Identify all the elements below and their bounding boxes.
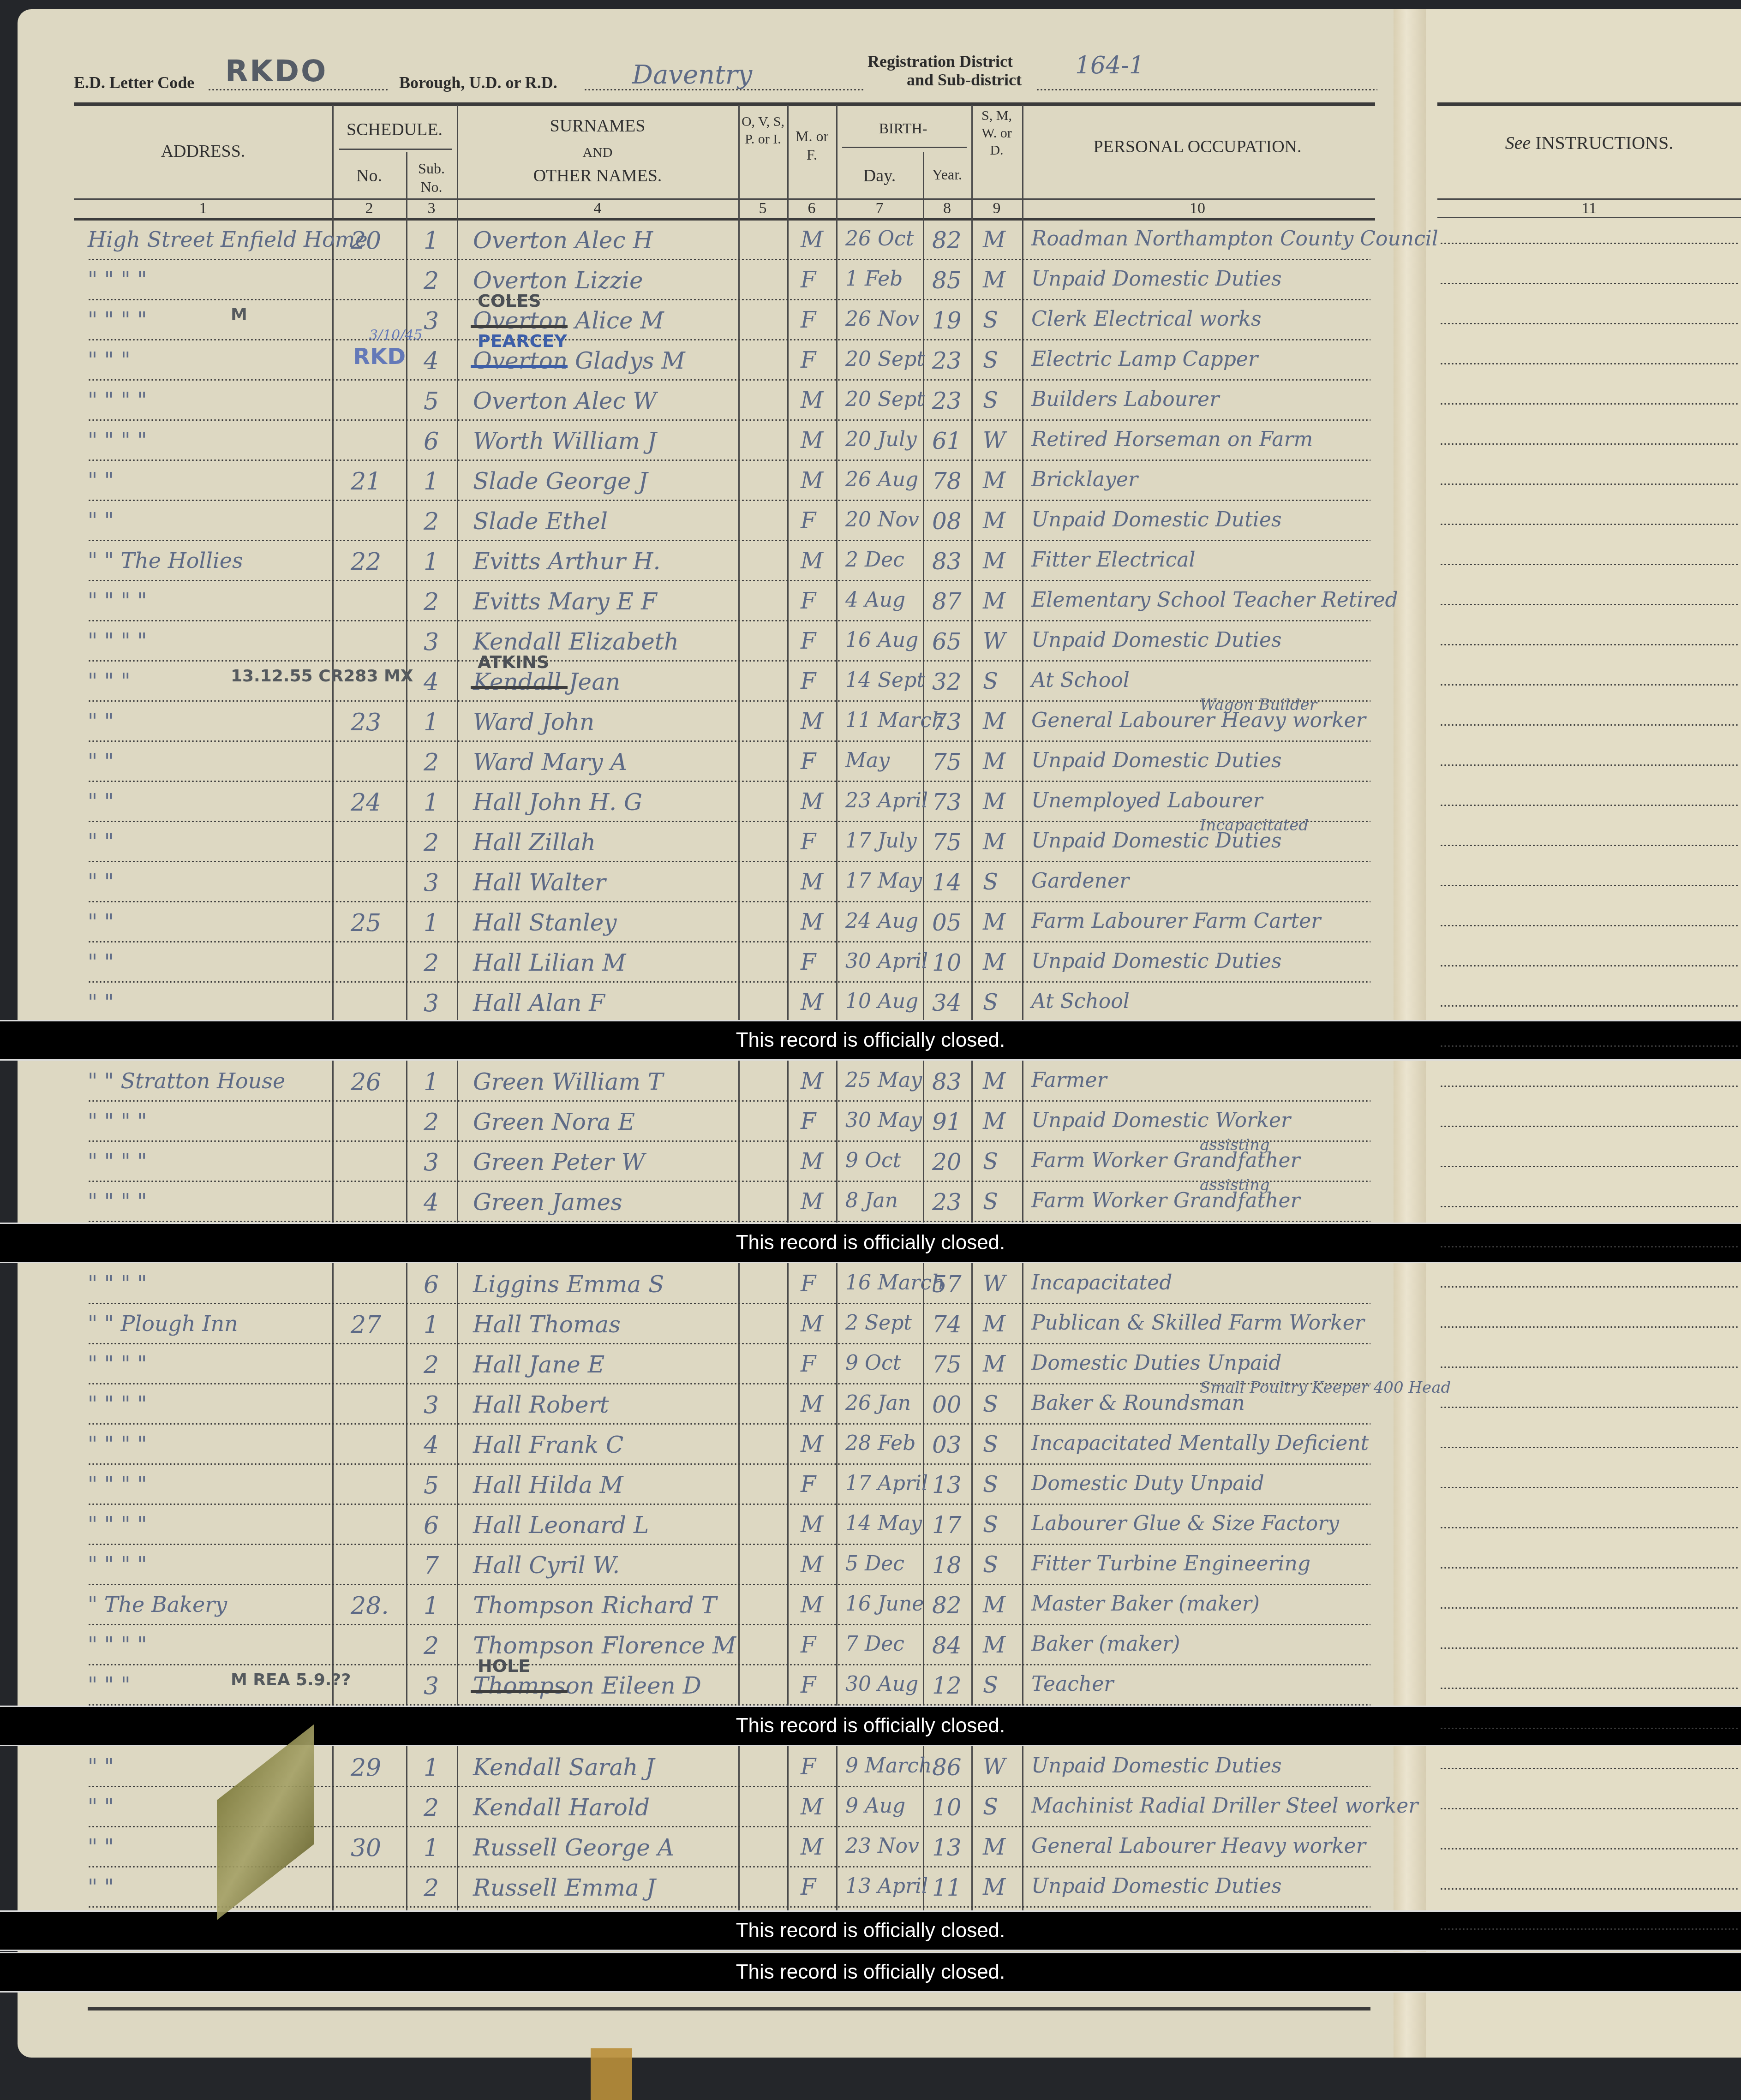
cell-address: " " " " xyxy=(88,388,147,412)
cell-day: 7 Dec xyxy=(845,1632,904,1656)
cell-marital: M xyxy=(983,588,1005,614)
instructions-line xyxy=(1440,764,1740,766)
cell-marital: S xyxy=(983,1149,998,1175)
cell-marital: M xyxy=(983,1068,1005,1094)
ed-letter-code-value: RKDO xyxy=(225,54,328,89)
cell-address: " " " " xyxy=(88,428,147,453)
cell-day: 1 Feb xyxy=(845,267,903,291)
col-number-11: 11 xyxy=(1437,200,1741,217)
cell-occupation: Unpaid Domestic Worker xyxy=(1031,1109,1291,1132)
address-annotation: M xyxy=(231,305,247,324)
table-row: " " " "5Hall Hilda MF17 April13SDomestic… xyxy=(0,1465,1384,1505)
cell-year: 12 xyxy=(932,1672,962,1699)
table-row: " " " "2Green Nora EF30 May91MUnpaid Dom… xyxy=(0,1102,1384,1142)
instructions-line xyxy=(1440,1527,1740,1529)
cell-sub: 3 xyxy=(424,869,439,897)
cell-sub: 1 xyxy=(424,548,439,576)
cell-sub: 1 xyxy=(424,1311,439,1339)
instructions-line xyxy=(1440,724,1740,726)
cell-schedule: 30 xyxy=(351,1834,381,1862)
cell-year: 57 xyxy=(932,1271,962,1298)
surname-correction-stamp: HOLE xyxy=(478,1656,530,1676)
instructions-line xyxy=(1440,322,1740,325)
cell-address: " " " " xyxy=(88,628,147,653)
borough-underline xyxy=(584,89,865,91)
cell-occupation: Incapacitated Mentally Deficient xyxy=(1031,1432,1369,1455)
cell-address: " " " " xyxy=(88,1552,147,1577)
cell-name: Overton Alice M xyxy=(473,307,664,334)
cell-year: 84 xyxy=(932,1632,962,1659)
instructions-line xyxy=(1440,483,1740,485)
table-row: " "3Hall Alan FM10 Aug34SAt School xyxy=(0,983,1384,1023)
cell-sex: M xyxy=(801,1068,823,1094)
birth-subrule xyxy=(842,147,967,148)
cell-year: 75 xyxy=(932,1351,962,1378)
table-row: " " " "2Evitts Mary E FF4 Aug87MElementa… xyxy=(0,582,1384,622)
cell-marital: M xyxy=(983,829,1005,855)
table-row: " " " "2Thompson Florence MF7 Dec84MBake… xyxy=(0,1626,1384,1666)
table-row: " "241Hall John H. GM23 April73MUnemploy… xyxy=(0,782,1384,823)
col-number-8: 8 xyxy=(923,200,971,217)
strikethrough-mark xyxy=(471,1690,568,1693)
cell-address: " " xyxy=(88,869,114,894)
instructions-line xyxy=(1440,1446,1740,1449)
cell-address: " " xyxy=(88,468,114,493)
cell-occupation: Builders Labourer xyxy=(1031,388,1219,411)
col-header-marital: S, M, W. or D. xyxy=(974,107,1020,159)
table-row: High Street Enfield Home201Overton Alec … xyxy=(0,221,1384,261)
cell-sex: F xyxy=(801,508,816,534)
cell-year: 32 xyxy=(932,668,962,695)
cell-occupation: Unemployed Labourer xyxy=(1031,789,1263,812)
cell-day: 2 Sept xyxy=(845,1311,912,1335)
col-header-sex: M. or F. xyxy=(790,127,834,164)
cell-sex: F xyxy=(801,1109,816,1134)
col-header-instructions: See INSTRUCTIONS. xyxy=(1437,131,1741,155)
cell-address: " " xyxy=(88,949,114,974)
col-number-2: 2 xyxy=(332,200,406,217)
col-header-schedule: SCHEDULE. xyxy=(332,119,457,141)
instructions-line xyxy=(1440,844,1740,847)
instructions-line xyxy=(1440,1888,1740,1890)
occupation-annotation: assisting xyxy=(1200,1176,1270,1194)
cell-occupation: Baker (maker) xyxy=(1031,1632,1180,1656)
cell-schedule: 23 xyxy=(351,709,381,736)
table-row: " " Plough Inn271Hall ThomasM2 Sept74MPu… xyxy=(0,1305,1384,1345)
cell-sex: M xyxy=(801,1149,823,1175)
col-header-schedule-sub: Sub. No. xyxy=(408,159,455,196)
cell-address: " The Bakery xyxy=(88,1592,227,1617)
instructions-line xyxy=(1440,684,1740,686)
header-top-rule-right xyxy=(1437,102,1741,106)
cell-occupation: Unpaid Domestic Duties xyxy=(1031,267,1282,291)
cell-address: " " xyxy=(88,990,114,1014)
cell-occupation: Fitter Turbine Engineering xyxy=(1031,1552,1310,1575)
table-row: " " The Hollies221Evitts Arthur H.M2 Dec… xyxy=(0,542,1384,582)
cell-address: " " xyxy=(88,508,114,533)
date-annotation: 3/10/45 xyxy=(369,327,423,343)
table-row: " The Bakery28.1Thompson Richard TM16 Ju… xyxy=(0,1586,1384,1626)
cell-occupation: Fitter Electrical xyxy=(1031,548,1196,572)
cell-marital: S xyxy=(983,668,998,694)
cell-day: 11 March xyxy=(845,709,945,732)
cell-name: Green William T xyxy=(473,1068,663,1095)
cell-address: " " " " xyxy=(88,1632,147,1657)
cell-marital: S xyxy=(983,869,998,895)
cell-sex: F xyxy=(801,1672,816,1698)
cell-day: 16 March xyxy=(845,1271,945,1295)
instructions-line xyxy=(1440,1767,1740,1770)
table-row: " "2Slade EthelF20 Nov08MUnpaid Domestic… xyxy=(0,501,1384,542)
cell-occupation: At School xyxy=(1031,990,1130,1013)
col-header-address: ADDRESS. xyxy=(74,141,332,163)
cell-occupation: General Labourer Heavy worker xyxy=(1031,1834,1366,1858)
cell-sub: 6 xyxy=(424,428,439,455)
cell-day: 26 Aug xyxy=(845,468,918,491)
cell-sub: 2 xyxy=(424,1109,439,1136)
cell-name: Hall Robert xyxy=(473,1391,609,1418)
cell-year: 73 xyxy=(932,709,962,735)
cell-marital: M xyxy=(983,1351,1005,1377)
cell-sub: 2 xyxy=(424,1794,439,1822)
instructions-line xyxy=(1440,1647,1740,1649)
registration-district-value: 164-1 xyxy=(1075,52,1144,79)
cell-day: 17 July xyxy=(845,829,917,853)
ed-letter-code-label: E.D. Letter Code xyxy=(74,73,194,92)
occupation-annotation: Incapacitated xyxy=(1200,816,1309,835)
table-row: " "2Kendall HaroldM9 Aug10SMachinist Rad… xyxy=(0,1788,1384,1828)
table-row: " "2Hall ZillahF17 July75MUnpaid Domesti… xyxy=(0,823,1384,863)
cell-name: Thompson Eileen D xyxy=(473,1672,701,1699)
cell-marital: M xyxy=(983,468,1005,494)
cell-sub: 2 xyxy=(424,1632,439,1660)
cell-sex: F xyxy=(801,949,816,975)
instructions-line xyxy=(1440,1286,1740,1288)
cell-sex: F xyxy=(801,1271,816,1297)
table-row: " "2Hall Lilian MF30 April10MUnpaid Dome… xyxy=(0,943,1384,983)
borough-value: Daventry xyxy=(632,60,752,90)
cell-day: 30 May xyxy=(845,1109,922,1132)
cell-year: 83 xyxy=(932,548,962,575)
cell-name: Hall Stanley xyxy=(473,909,616,936)
cell-sub: 1 xyxy=(424,468,439,495)
cell-marital: W xyxy=(983,1754,1005,1780)
cell-sex: F xyxy=(801,347,816,373)
instructions-line xyxy=(1440,1727,1740,1730)
cell-day: 13 April xyxy=(845,1874,928,1898)
table-row: " " "4Kendall JeanF14 Sept32SAt SchoolAT… xyxy=(0,662,1384,702)
cell-year: 65 xyxy=(932,628,962,655)
cell-day: 9 Oct xyxy=(845,1351,901,1375)
address-annotation: 13.12.55 CR283 MX xyxy=(231,667,413,686)
table-row: " " " "4Hall Frank CM28 Feb03SIncapacita… xyxy=(0,1425,1384,1465)
cell-address: " " " " xyxy=(88,1351,147,1376)
header-top-rule xyxy=(74,102,1375,106)
cell-marital: M xyxy=(983,1592,1005,1618)
redaction-bar: This record is officially closed. xyxy=(0,1020,1741,1061)
cell-schedule: 25 xyxy=(351,909,381,937)
cell-occupation: At School xyxy=(1031,668,1130,692)
footer-rule xyxy=(88,2007,1370,2011)
instructions-line xyxy=(1440,443,1740,445)
cell-occupation: Machinist Radial Driller Steel worker xyxy=(1031,1794,1418,1818)
cell-sex: M xyxy=(801,1834,823,1860)
cell-marital: M xyxy=(983,548,1005,574)
cell-schedule: 28. xyxy=(351,1592,389,1620)
cell-day: 14 May xyxy=(845,1512,922,1535)
cell-year: 75 xyxy=(932,749,962,776)
cell-marital: W xyxy=(983,428,1005,453)
cell-name: Worth William J xyxy=(473,428,657,454)
cell-marital: S xyxy=(983,1512,998,1538)
cell-marital: M xyxy=(983,1311,1005,1337)
cell-schedule: 29 xyxy=(351,1754,381,1782)
cell-year: 82 xyxy=(932,1592,962,1619)
cell-sex: M xyxy=(801,869,823,895)
cell-sex: F xyxy=(801,829,816,855)
cell-sub: 4 xyxy=(424,1189,439,1217)
cell-sub: 1 xyxy=(424,709,439,736)
cell-year: 11 xyxy=(932,1874,962,1901)
cell-year: 73 xyxy=(932,789,962,816)
cell-occupation: Teacher xyxy=(1031,1672,1113,1696)
cell-sex: M xyxy=(801,388,823,413)
borough-label: Borough, U.D. or R.D. xyxy=(399,73,557,92)
ed-letter-code-underline xyxy=(208,89,388,91)
cell-schedule: 20 xyxy=(351,227,381,255)
cell-day: 17 May xyxy=(845,869,922,893)
cell-sub: 3 xyxy=(424,1391,439,1419)
cell-marital: M xyxy=(983,508,1005,534)
table-row: " "301Russell George AM23 Nov13MGeneral … xyxy=(0,1828,1384,1868)
cell-name: Kendall Sarah J xyxy=(473,1754,654,1781)
cell-marital: S xyxy=(983,347,998,373)
table-row: " " " "4Green JamesM8 Jan23SFarm Worker … xyxy=(0,1182,1384,1223)
cell-day: 17 April xyxy=(845,1472,928,1495)
instructions-line xyxy=(1440,884,1740,887)
cell-name: Hall Alan F xyxy=(473,990,605,1016)
instructions-line xyxy=(1440,363,1740,365)
instructions-line xyxy=(1440,1005,1740,1007)
cell-address: " " xyxy=(88,709,114,734)
cell-name: Ward Mary A xyxy=(473,749,627,776)
cell-year: 23 xyxy=(932,347,962,374)
cell-marital: M xyxy=(983,1632,1005,1658)
cell-occupation: Unpaid Domestic Duties xyxy=(1031,628,1282,652)
cell-address: " " xyxy=(88,789,114,814)
col-header-other-names: OTHER NAMES. xyxy=(457,165,738,187)
strikethrough-mark xyxy=(471,365,568,368)
cell-marital: M xyxy=(983,1834,1005,1860)
cell-day: 26 Jan xyxy=(845,1391,911,1415)
cell-sub: 2 xyxy=(424,1874,439,1902)
schedule-annotation: RKD xyxy=(353,344,406,370)
cell-occupation: Labourer Glue & Size Factory xyxy=(1031,1512,1339,1535)
cell-day: 10 Aug xyxy=(845,990,918,1013)
cell-sub: 2 xyxy=(424,949,439,977)
instructions-line xyxy=(1440,1246,1740,1248)
schedule-subrule xyxy=(339,149,452,150)
cell-marital: S xyxy=(983,1794,998,1820)
cell-day: 9 Oct xyxy=(845,1149,901,1172)
instructions-line xyxy=(1440,1366,1740,1368)
cell-year: 87 xyxy=(932,588,962,615)
cell-name: Kendall Elizabeth xyxy=(473,628,679,655)
cell-address: " " " " xyxy=(88,1149,147,1174)
instructions-line xyxy=(1440,644,1740,646)
cell-address: " " " " xyxy=(88,307,147,332)
cell-sub: 1 xyxy=(424,227,439,255)
instructions-line xyxy=(1440,603,1740,606)
cell-day: 25 May xyxy=(845,1068,922,1092)
cell-sub: 5 xyxy=(424,1472,439,1499)
instructions-line xyxy=(1440,1567,1740,1569)
tape-strip-bottom xyxy=(591,2048,632,2100)
cell-sex: M xyxy=(801,468,823,494)
col-number-9: 9 xyxy=(971,200,1022,217)
cell-name: Evitts Mary E F xyxy=(473,588,657,615)
cell-sex: F xyxy=(801,307,816,333)
cell-sex: M xyxy=(801,428,823,453)
cell-sex: M xyxy=(801,990,823,1015)
cell-sub: 2 xyxy=(424,267,439,295)
strikethrough-mark xyxy=(471,325,568,328)
cell-day: 9 Aug xyxy=(845,1794,905,1818)
cell-marital: S xyxy=(983,1432,998,1457)
cell-name: Hall Jane E xyxy=(473,1351,604,1378)
cell-sex: F xyxy=(801,588,816,614)
cell-name: Overton Lizzie xyxy=(473,267,643,294)
cell-day: 20 Sept xyxy=(845,347,925,371)
cell-address: " " " " xyxy=(88,267,147,292)
cell-year: 85 xyxy=(932,267,962,294)
cell-marital: M xyxy=(983,709,1005,734)
cell-address: " " xyxy=(88,1754,114,1779)
redaction-bar: This record is officially closed. xyxy=(0,1952,1741,1993)
instructions-line xyxy=(1440,1607,1740,1609)
cell-name: Russell Emma J xyxy=(473,1874,656,1901)
cell-sub: 5 xyxy=(424,388,439,415)
cell-marital: S xyxy=(983,1391,998,1417)
cell-sex: F xyxy=(801,628,816,654)
occupation-annotation: Small Poultry Keeper 400 Head xyxy=(1200,1378,1451,1397)
cell-address: " " xyxy=(88,1874,114,1899)
cell-occupation: Retired Horseman on Farm xyxy=(1031,428,1313,451)
cell-occupation: Unpaid Domestic Duties xyxy=(1031,1874,1282,1898)
cell-day: 26 Nov xyxy=(845,307,919,331)
cell-occupation: Unpaid Domestic Duties xyxy=(1031,1754,1282,1778)
cell-sub: 2 xyxy=(424,508,439,536)
surname-correction-stamp: ATKINS xyxy=(478,652,549,672)
cell-name: Kendall Harold xyxy=(473,1794,650,1821)
col-header-surnames: SURNAMES xyxy=(457,115,738,137)
cell-sub: 2 xyxy=(424,588,439,616)
cell-sex: M xyxy=(801,1794,823,1820)
cell-sex: M xyxy=(801,227,823,253)
cell-marital: S xyxy=(983,990,998,1015)
col-header-birth: BIRTH- xyxy=(836,119,970,137)
cell-occupation: Incapacitated xyxy=(1031,1271,1173,1295)
cell-day: 20 Nov xyxy=(845,508,919,531)
cell-marital: M xyxy=(983,949,1005,975)
cell-name: Green James xyxy=(473,1189,622,1216)
cell-occupation: Clerk Electrical works xyxy=(1031,307,1261,331)
cell-year: 18 xyxy=(932,1552,962,1579)
cell-address: " " " " xyxy=(88,1109,147,1134)
cell-address: " " " xyxy=(88,1672,131,1697)
cell-sex: F xyxy=(801,1472,816,1497)
cell-occupation: Publican & Skilled Farm Worker xyxy=(1031,1311,1364,1335)
cell-year: 03 xyxy=(932,1432,962,1458)
table-row: " " " "7Hall Cyril W.M5 Dec18SFitter Tur… xyxy=(0,1545,1384,1586)
cell-sex: M xyxy=(801,1552,823,1578)
cell-sex: M xyxy=(801,1311,823,1337)
cell-schedule: 27 xyxy=(351,1311,381,1339)
table-row: " " " "5Overton Alec WM20 Sept23SBuilder… xyxy=(0,381,1384,421)
cell-day: 8 Jan xyxy=(845,1189,898,1212)
instructions-text: INSTRUCTIONS. xyxy=(1535,132,1673,153)
registration-label-line1: Registration District xyxy=(868,52,1013,71)
col-header-birth-year: Year. xyxy=(923,165,971,184)
cell-year: 23 xyxy=(932,1189,962,1216)
col-number-10: 10 xyxy=(1022,200,1373,217)
cell-name: Hall Thomas xyxy=(473,1311,621,1338)
cell-name: Evitts Arthur H. xyxy=(473,548,660,575)
col-number-4: 4 xyxy=(457,200,738,217)
cell-sub: 3 xyxy=(424,628,439,656)
col-number-5: 5 xyxy=(738,200,787,217)
cell-occupation: Roadman Northampton County Council xyxy=(1031,227,1438,251)
col-header-birth-day: Day. xyxy=(836,165,923,187)
cell-sex: M xyxy=(801,909,823,935)
cell-sub: 1 xyxy=(424,1834,439,1862)
cell-marital: W xyxy=(983,628,1005,654)
cell-name: Ward John xyxy=(473,709,594,735)
cell-sex: F xyxy=(801,749,816,775)
cell-sex: F xyxy=(801,1754,816,1780)
table-row: " "211Slade George JM26 Aug78MBricklayer xyxy=(0,461,1384,501)
cell-marital: S xyxy=(983,1472,998,1497)
cell-sex: M xyxy=(801,1512,823,1538)
redaction-bar: This record is officially closed. xyxy=(0,1910,1741,1951)
cell-sub: 4 xyxy=(424,668,439,696)
col-number-6: 6 xyxy=(787,200,836,217)
cell-occupation: Domestic Duty Unpaid xyxy=(1031,1472,1264,1495)
table-row: " "2Russell Emma JF13 April11MUnpaid Dom… xyxy=(0,1868,1384,1908)
cell-sub: 1 xyxy=(424,909,439,937)
cell-day: 23 Nov xyxy=(845,1834,919,1858)
cell-address: " " " " xyxy=(88,1189,147,1214)
cell-sub: 4 xyxy=(424,347,439,375)
cell-year: 13 xyxy=(932,1834,962,1861)
cell-name: Green Peter W xyxy=(473,1149,645,1175)
cell-name: Russell George A xyxy=(473,1834,674,1861)
cell-name: Hall Hilda M xyxy=(473,1472,623,1498)
cell-sex: M xyxy=(801,1432,823,1457)
cell-sub: 3 xyxy=(424,1149,439,1176)
cell-sub: 6 xyxy=(424,1271,439,1299)
instructions-line xyxy=(1440,1125,1740,1128)
cell-year: 10 xyxy=(932,949,962,976)
cell-year: 23 xyxy=(932,388,962,414)
table-row: " " " "3Overton Alice MF26 Nov19SClerk E… xyxy=(0,301,1384,341)
cell-year: 08 xyxy=(932,508,962,535)
cell-address: " " xyxy=(88,1834,114,1859)
cell-name: Hall Walter xyxy=(473,869,606,896)
cell-address: " " xyxy=(88,909,114,934)
cell-year: 78 xyxy=(932,468,962,495)
instructions-line xyxy=(1440,1848,1740,1850)
